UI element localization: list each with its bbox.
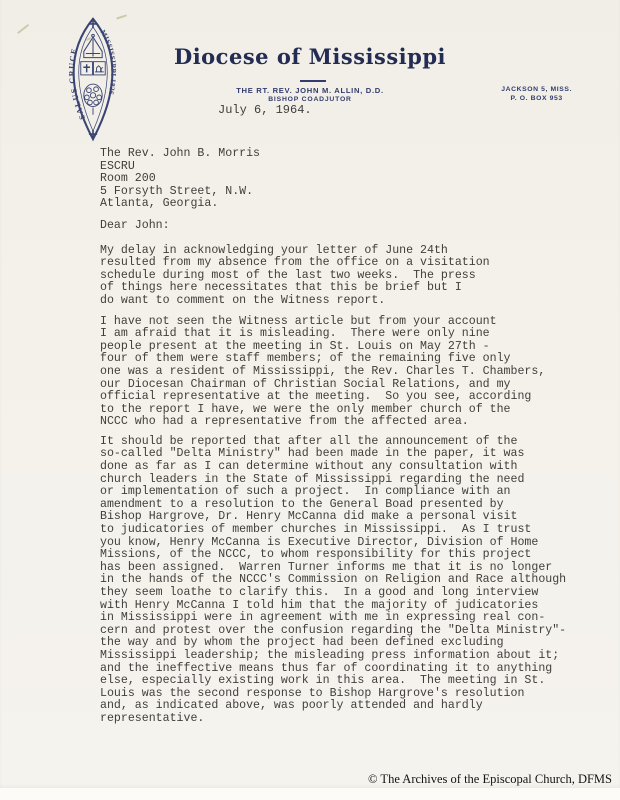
letter-body: The Rev. John B. Morris ESCRU Room 200 5… xyxy=(100,148,590,726)
diocese-seal: SALUS CRUCE MISSISSIPPI 1826 xyxy=(42,16,144,142)
letterhead-city: JACKSON 5, MISS. xyxy=(501,85,572,94)
letter-date: July 6, 1964. xyxy=(218,103,312,117)
paragraph-2: I have not seen the Witness article but … xyxy=(100,316,590,429)
letter-page: SALUS CRUCE MISSISSIPPI 1826 xyxy=(0,0,620,788)
pencil-mark xyxy=(17,24,29,34)
letterhead-title: Diocese of Mississippi xyxy=(0,44,620,69)
scan-edge xyxy=(0,788,620,800)
archive-credit: © The Archives of the Episcopal Church, … xyxy=(368,772,612,787)
recipient-address: The Rev. John B. Morris ESCRU Room 200 5… xyxy=(100,148,590,211)
salutation: Dear John: xyxy=(100,220,590,233)
seal-bottom-cross-icon xyxy=(89,130,97,138)
letterhead-address-block: JACKSON 5, MISS. P. O. BOX 953 xyxy=(501,85,572,103)
paragraph-3: It should be reported that after all the… xyxy=(100,436,590,726)
paragraph-1: My delay in acknowledging your letter of… xyxy=(100,245,590,308)
letterhead-pobox: P. O. BOX 953 xyxy=(501,94,572,103)
letterhead-divider xyxy=(300,80,326,82)
